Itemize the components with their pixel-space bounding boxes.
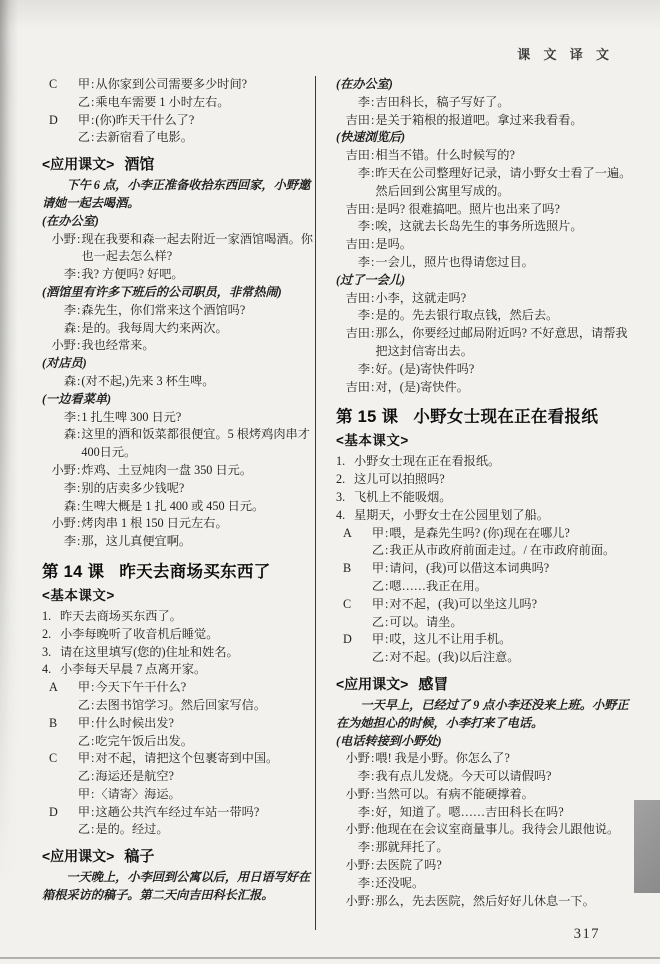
dialog-prefix: 乙: [42, 94, 90, 112]
dialog-line: 李:好，知道了。嗯……吉田科长在吗?: [336, 804, 632, 822]
dialog-line: 李:唉，这就去长岛先生的事务所选照片。: [336, 218, 632, 236]
dialog-line: 小野:那么，先去医院，然后好好儿休息一下。: [336, 893, 632, 911]
scan-edge-bottom: [0, 957, 660, 959]
dialog-prefix: 李: [336, 804, 370, 822]
stage-direction: (一边看菜单): [42, 391, 318, 409]
speaker-name: 甲: [78, 716, 90, 730]
speaker-name: 李: [358, 95, 370, 109]
applied-text-title: 稿子: [124, 848, 154, 865]
sentence-number: 1.: [336, 453, 354, 471]
dialog-line: 森:是的。我每周大约来两次。: [42, 320, 318, 338]
dialog-text: 那就拜托了。: [375, 839, 632, 857]
dialog-prefix: B甲: [336, 560, 384, 578]
numbered-sentence: 1.小野女士现在正在看报纸。: [336, 453, 632, 471]
dialog-prefix: 森: [42, 426, 76, 462]
dialog-text: 哎，这儿不让用手机。: [389, 631, 632, 649]
dialog-prefix: 李: [42, 302, 76, 320]
sentence-number: 4.: [336, 507, 354, 525]
basic-text-heading: <基本课文>: [336, 431, 632, 451]
basic-text-heading: <基本课文>: [42, 586, 318, 606]
dialog-line: 李:那就拜托了。: [336, 839, 632, 857]
dialog-text: 我? 方便吗? 好吧。: [81, 266, 318, 284]
speaker-name: 甲: [372, 597, 384, 611]
numbered-sentence: 2.小李每晚听了收音机后睡觉。: [42, 626, 318, 644]
dialog-text: 什么时候出发?: [95, 715, 318, 733]
speaker-name: 甲: [372, 561, 384, 575]
dialog-text: 生啤大概是 1 扎 400 或 450 日元。: [81, 498, 318, 516]
dialog-letter: D: [343, 631, 352, 649]
speaker-name: 森: [64, 374, 76, 388]
dialog-prefix: C甲: [42, 750, 90, 768]
dialog-line: 小野:他现在在会议室商量事儿。我待会儿跟他说。: [336, 821, 632, 839]
speaker-name: 小野: [346, 751, 370, 765]
dialog-line: 李:森先生，你们常来这个酒馆吗?: [42, 302, 318, 320]
dialog-line: 乙:对不起。(我)以后注意。: [336, 649, 632, 667]
dialog-line: 乙:去新宿看了电影。: [42, 129, 318, 147]
dialog-line: D甲:(你)昨天干什么了?: [42, 112, 318, 130]
speaker-name: 森: [64, 499, 76, 513]
dialog-prefix: D甲: [42, 112, 90, 130]
dialog-line: B甲:请问，(我)可以借这本词典吗?: [336, 560, 632, 578]
dialog-line: 森:(对不起,)先来 3 杯生啤。: [42, 373, 318, 391]
dialog-line: 森:生啤大概是 1 扎 400 或 450 日元。: [42, 498, 318, 516]
numbered-sentence: 3.飞机上不能吸烟。: [336, 489, 632, 507]
dialog-text: 吉田科长，稿子写好了。: [375, 94, 632, 112]
speaker-name: 李: [358, 769, 370, 783]
speaker-name: 小野: [52, 232, 76, 246]
speaker-name: 吉田: [346, 380, 370, 394]
dialog-prefix: 李: [336, 218, 370, 236]
dialog-prefix: A甲: [336, 525, 384, 543]
dialog-line: 李:1 扎生啤 300 日元?: [42, 409, 318, 427]
lesson-number: 第 15 课: [336, 408, 398, 426]
dialog-prefix: 乙: [336, 578, 384, 596]
dialog-line: 乙:乘电车需要 1 小时左右。: [42, 94, 318, 112]
dialog-prefix: 吉田: [336, 112, 370, 130]
dialog-line: D甲:这趟公共汽车经过车站一带吗?: [42, 804, 318, 822]
dialog-line: 李:别的店卖多少钱呢?: [42, 480, 318, 498]
dialog-prefix: 李: [336, 307, 370, 325]
dialog-line: 李:是的。先去银行取点钱，然后去。: [336, 307, 632, 325]
dialog-prefix: 乙: [42, 697, 90, 715]
sentence-text: 这儿可以拍照吗?: [354, 471, 632, 489]
dialog-line: B甲:什么时候出发?: [42, 715, 318, 733]
dialog-line: 小野:烤肉串 1 根 150 日元左右。: [42, 515, 318, 533]
applied-text-tag: <应用课文>: [42, 156, 114, 172]
dialog-text: 好。(是)寄快件吗?: [375, 361, 632, 379]
dialog-prefix: B甲: [42, 715, 90, 733]
dialog-text: 森先生，你们常来这个酒馆吗?: [81, 302, 318, 320]
dialog-prefix: 李: [336, 768, 370, 786]
book-spine-shadow: [0, 0, 18, 964]
dialog-text: 可以。请坐。: [389, 614, 632, 632]
dialog-prefix: 李: [336, 165, 370, 201]
speaker-name: 乙: [78, 130, 90, 144]
dialog-prefix: 乙: [336, 649, 384, 667]
dialog-text: (你)昨天干什么了?: [95, 112, 318, 130]
dialog-letter: A: [49, 679, 58, 697]
stage-direction: (对店员): [42, 355, 318, 373]
speaker-name: 甲: [78, 113, 90, 127]
numbered-sentence: 2.这儿可以拍照吗?: [336, 471, 632, 489]
sentence-number: 3.: [336, 489, 354, 507]
dialog-line: 吉田:那么，你要经过邮局附近吗? 不好意思，请帮我把这封信寄出去。: [336, 325, 632, 361]
dialog-text: 1 扎生啤 300 日元?: [81, 409, 318, 427]
dialog-prefix: 李: [336, 361, 370, 379]
dialog-line: 吉田:对，(是)寄快件。: [336, 379, 632, 397]
page-header-title: 课 文 译 文: [517, 44, 614, 63]
sentence-text: 飞机上不能吸烟。: [354, 489, 632, 507]
dialog-text: 烤肉串 1 根 150 日元左右。: [81, 515, 318, 533]
dialog-prefix: A甲: [42, 679, 90, 697]
speaker-name: 甲: [78, 751, 90, 765]
sentence-number: 3.: [42, 644, 60, 662]
column-divider: [315, 76, 316, 930]
dialog-line: 小野:炸鸡、土豆炖肉一盘 350 日元。: [42, 462, 318, 480]
dialog-text: 这里的酒和饭菜都很便宜。5 根烤鸡肉串才 400日元。: [81, 426, 318, 462]
dialog-text: 去医院了吗?: [375, 857, 632, 875]
dialog-text: 对不起，请把这个包裹寄到中国。: [95, 750, 318, 768]
speaker-name: 吉田: [346, 326, 370, 340]
dialog-line: 乙:海运还是航空?: [42, 768, 318, 786]
dialog-text: 去图书馆学习。然后回家写信。: [95, 697, 318, 715]
numbered-sentence: 1.昨天去商场买东西了。: [42, 608, 318, 626]
dialog-line: 乙:嗯……我正在用。: [336, 578, 632, 596]
dialog-prefix: 吉田: [336, 325, 370, 361]
dialog-line: 吉田:是吗? 很难搞吧。照片也出来了吗?: [336, 201, 632, 219]
dialog-line: 李:我有点儿发烧。今天可以请假吗?: [336, 768, 632, 786]
sentence-text: 昨天去商场买东西了。: [60, 608, 318, 626]
dialog-line: 小野:去医院了吗?: [336, 857, 632, 875]
dialog-line: 李:还没呢。: [336, 875, 632, 893]
sentence-number: 2.: [42, 626, 60, 644]
numbered-sentence: 4.星期天，小野女士在公园里划了船。: [336, 507, 632, 525]
dialog-text: 〈请寄〉海运。: [95, 786, 318, 804]
dialog-line: 李:昨天在公司整理好记录，请小野女士看了一遍。然后回到公寓里写成的。: [336, 165, 632, 201]
speaker-name: 小野: [52, 463, 76, 477]
dialog-letter: D: [49, 804, 58, 822]
speaker-name: 李: [64, 534, 76, 548]
dialog-letter: B: [49, 715, 57, 733]
dialog-prefix: 小野: [42, 231, 76, 267]
applied-text-title: 酒馆: [124, 156, 154, 173]
dialog-text: 当然可以。有病不能硬撑着。: [375, 786, 632, 804]
speaker-name: 李: [358, 219, 370, 233]
dialog-text: 一会儿，照片也得请您过目。: [375, 254, 632, 272]
page-edge-tab: [634, 800, 660, 893]
dialog-text: 这趟公共汽车经过车站一带吗?: [95, 804, 318, 822]
dialog-line: 李:一会儿，照片也得请您过目。: [336, 254, 632, 272]
dialog-line: 吉田:是关于箱根的报道吧。拿过来我看看。: [336, 112, 632, 130]
dialog-text: 是的。我每周大约来两次。: [81, 320, 318, 338]
dialog-prefix: 吉田: [336, 201, 370, 219]
sentence-text: 小李每天早晨 7 点离开家。: [60, 661, 318, 679]
dialog-prefix: 乙: [42, 129, 90, 147]
dialog-letter: B: [343, 560, 351, 578]
applied-text-heading: <应用课文>感冒: [336, 674, 632, 695]
dialog-text: 是关于箱根的报道吧。拿过来我看看。: [375, 112, 632, 130]
dialog-text: 去新宿看了电影。: [95, 129, 318, 147]
dialog-line: 甲:〈请寄〉海运。: [42, 786, 318, 804]
speaker-name: 李: [64, 303, 76, 317]
dialog-text: 我正从市政府前面走过。/ 在市政府前面。: [389, 542, 632, 560]
dialog-prefix: 甲: [42, 786, 90, 804]
page-number: 317: [574, 926, 600, 943]
dialog-text: 是的。先去银行取点钱，然后去。: [375, 307, 632, 325]
dialog-prefix: 李: [336, 875, 370, 893]
dialog-text: 我也经常来。: [81, 337, 318, 355]
dialog-text: 他现在在会议室商量事儿。我待会儿跟他说。: [375, 821, 632, 839]
dialog-text: 今天下午干什么?: [95, 679, 318, 697]
speaker-name: 乙: [78, 95, 90, 109]
speaker-name: 李: [64, 410, 76, 424]
lesson-title: 小野女士现在正在看报纸: [413, 408, 598, 426]
dialog-prefix: 李: [42, 533, 76, 551]
dialog-text: 炸鸡、土豆炖肉一盘 350 日元。: [81, 462, 318, 480]
narration-paragraph: 下午 6 点，小李正准备收拾东西回家，小野邀请她一起去喝酒。: [42, 177, 318, 213]
dialog-prefix: 小野: [42, 337, 76, 355]
dialog-text: 是的。经过。: [95, 821, 318, 839]
dialog-line: 吉田:相当不错。什么时候写的?: [336, 147, 632, 165]
dialog-line: 李:我? 方便吗? 好吧。: [42, 266, 318, 284]
speaker-name: 李: [358, 876, 370, 890]
dialog-prefix: 小野: [336, 821, 370, 839]
dialog-prefix: 小野: [336, 857, 370, 875]
dialog-text: 乘电车需要 1 小时左右。: [95, 94, 318, 112]
speaker-name: 李: [358, 255, 370, 269]
dialog-text: 喂! 我是小野。你怎么了?: [375, 750, 632, 768]
speaker-name: 乙: [78, 698, 90, 712]
dialog-text: 是吗? 很难搞吧。照片也出来了吗?: [375, 201, 632, 219]
dialog-text: 小李，这就走吗?: [375, 290, 632, 308]
dialog-line: A甲:今天下午干什么?: [42, 679, 318, 697]
dialog-prefix: 森: [42, 498, 76, 516]
applied-text-tag: <应用课文>: [336, 676, 408, 692]
dialog-text: 嗯……我正在用。: [389, 578, 632, 596]
speaker-name: 吉田: [346, 291, 370, 305]
dialog-text: 昨天在公司整理好记录，请小野女士看了一遍。然后回到公寓里写成的。: [375, 165, 632, 201]
dialog-prefix: 李: [42, 480, 76, 498]
dialog-text: 唉，这就去长岛先生的事务所选照片。: [375, 218, 632, 236]
dialog-text: 吃完午饭后出发。: [95, 733, 318, 751]
dialog-prefix: 乙: [42, 733, 90, 751]
dialog-letter: C: [49, 76, 57, 94]
speaker-name: 小野: [52, 338, 76, 352]
speaker-name: 李: [358, 362, 370, 376]
stage-direction: (电话转接到小野处): [336, 733, 632, 751]
dialog-prefix: 森: [42, 373, 76, 391]
speaker-name: 吉田: [346, 148, 370, 162]
dialog-line: C甲:对不起，请把这个包裹寄到中国。: [42, 750, 318, 768]
dialog-prefix: 李: [42, 266, 76, 284]
dialog-line: 小野:喂! 我是小野。你怎么了?: [336, 750, 632, 768]
speaker-name: 李: [358, 166, 370, 180]
narration-paragraph: 一天早上，已经过了 9 点小李还没来上班。小野正在为她担心的时候，小李打来了电话…: [336, 697, 632, 733]
dialog-line: C甲:对不起，(我)可以坐这儿吗?: [336, 596, 632, 614]
dialog-text: (对不起,)先来 3 杯生啤。: [81, 373, 318, 391]
dialog-line: 乙:吃完午饭后出发。: [42, 733, 318, 751]
dialog-text: 好，知道了。嗯……吉田科长在吗?: [375, 804, 632, 822]
dialog-text: 我有点儿发烧。今天可以请假吗?: [375, 768, 632, 786]
stage-direction: (酒馆里有许多下班后的公司职员，非常热闹): [42, 284, 318, 302]
dialog-prefix: 李: [42, 409, 76, 427]
dialog-prefix: 吉田: [336, 379, 370, 397]
speaker-name: 乙: [78, 769, 90, 783]
scan-edge-top: [0, 0, 660, 30]
speaker-name: 小野: [346, 858, 370, 872]
speaker-name: 甲: [78, 805, 90, 819]
dialog-text: 从你家到公司需要多少时间?: [95, 76, 318, 94]
dialog-letter: D: [49, 112, 58, 130]
speaker-name: 小野: [346, 822, 370, 836]
dialog-text: 那，这儿真便宜啊。: [81, 533, 318, 551]
dialog-letter: C: [343, 596, 351, 614]
sentence-text: 小李每晚听了收音机后睡觉。: [60, 626, 318, 644]
dialog-prefix: D甲: [336, 631, 384, 649]
dialog-prefix: C甲: [42, 76, 90, 94]
dialog-line: 小野:当然可以。有病不能硬撑着。: [336, 786, 632, 804]
speaker-name: 李: [358, 840, 370, 854]
dialog-text: 对不起。(我)以后注意。: [389, 649, 632, 667]
dialog-prefix: 乙: [42, 768, 90, 786]
lesson-title: 昨天去商场买东西了: [119, 563, 270, 581]
speaker-name: 小野: [52, 516, 76, 530]
speaker-name: 吉田: [346, 202, 370, 216]
dialog-line: 李:吉田科长，稿子写好了。: [336, 94, 632, 112]
dialog-prefix: 小野: [336, 750, 370, 768]
speaker-name: 甲: [372, 632, 384, 646]
speaker-name: 乙: [372, 543, 384, 557]
dialog-line: 乙:可以。请坐。: [336, 614, 632, 632]
sentence-number: 4.: [42, 661, 60, 679]
dialog-prefix: D甲: [42, 804, 90, 822]
dialog-text: 现在我要和森一起去附近一家酒馆喝酒。你也一起去怎么样?: [81, 231, 318, 267]
dialog-line: D甲:哎，这儿不让用手机。: [336, 631, 632, 649]
dialog-text: 对不起，(我)可以坐这儿吗?: [389, 596, 632, 614]
speaker-name: 甲: [78, 77, 90, 91]
stage-direction: (在办公室): [336, 76, 632, 94]
dialog-text: 是吗。: [375, 236, 632, 254]
dialog-prefix: 李: [336, 94, 370, 112]
stage-direction: (在办公室): [42, 213, 318, 231]
dialog-prefix: 小野: [336, 786, 370, 804]
sentence-number: 1.: [42, 608, 60, 626]
dialog-line: 李:好。(是)寄快件吗?: [336, 361, 632, 379]
applied-text-tag: <应用课文>: [42, 848, 114, 864]
speaker-name: 乙: [78, 822, 90, 836]
numbered-sentence: 3.请在这里填写(您的)住址和姓名。: [42, 644, 318, 662]
sentence-text: 小野女士现在正在看报纸。: [354, 453, 632, 471]
dialog-line: C甲:从你家到公司需要多少时间?: [42, 76, 318, 94]
dialog-line: 乙:去图书馆学习。然后回家写信。: [42, 697, 318, 715]
dialog-line: 乙:是的。经过。: [42, 821, 318, 839]
dialog-text: 别的店卖多少钱呢?: [81, 480, 318, 498]
dialog-prefix: 吉田: [336, 236, 370, 254]
speaker-name: 森: [64, 427, 76, 441]
dialog-line: 李:那，这儿真便宜啊。: [42, 533, 318, 551]
speaker-name: 乙: [372, 579, 384, 593]
speaker-name: 乙: [372, 650, 384, 664]
speaker-name: 李: [64, 481, 76, 495]
dialog-text: 还没呢。: [375, 875, 632, 893]
dialog-line: 小野:现在我要和森一起去附近一家酒馆喝酒。你也一起去怎么样?: [42, 231, 318, 267]
speaker-name: 小野: [346, 894, 370, 908]
dialog-prefix: 小野: [336, 893, 370, 911]
speaker-name: 吉田: [346, 113, 370, 127]
stage-direction: (过了一会儿): [336, 272, 632, 290]
dialog-line: 吉田:是吗。: [336, 236, 632, 254]
sentence-text: 请在这里填写(您的)住址和姓名。: [60, 644, 318, 662]
dialog-text: 喂，是森先生吗? (你)现在在哪儿?: [389, 525, 632, 543]
dialog-prefix: 小野: [42, 515, 76, 533]
dialog-line: 吉田:小李，这就走吗?: [336, 290, 632, 308]
speaker-name: 小野: [346, 787, 370, 801]
dialog-letter: C: [49, 750, 57, 768]
dialog-text: 那么，先去医院，然后好好儿休息一下。: [375, 893, 632, 911]
numbered-sentence: 4.小李每天早晨 7 点离开家。: [42, 661, 318, 679]
applied-text-heading: <应用课文>酒馆: [42, 154, 318, 175]
dialog-prefix: 李: [336, 839, 370, 857]
lesson-heading: 第 14 课昨天去商场买东西了: [42, 560, 318, 584]
speaker-name: 乙: [372, 615, 384, 629]
dialog-text: 对，(是)寄快件。: [375, 379, 632, 397]
speaker-name: 李: [64, 267, 76, 281]
dialog-prefix: C甲: [336, 596, 384, 614]
dialog-prefix: 乙: [336, 542, 384, 560]
dialog-prefix: 乙: [42, 821, 90, 839]
speaker-name: 甲: [78, 787, 90, 801]
dialog-line: 乙:我正从市政府前面走过。/ 在市政府前面。: [336, 542, 632, 560]
lesson-number: 第 14 课: [42, 563, 104, 581]
speaker-name: 吉田: [346, 237, 370, 251]
dialog-line: 森:这里的酒和饭菜都很便宜。5 根烤鸡肉串才 400日元。: [42, 426, 318, 462]
applied-text-heading: <应用课文>稿子: [42, 846, 318, 867]
narration-paragraph: 一天晚上，小李回到公寓以后，用日语写好在箱根采访的稿子。第二天向吉田科长汇报。: [42, 869, 318, 905]
left-column: C甲:从你家到公司需要多少时间?乙:乘电车需要 1 小时左右。D甲:(你)昨天干…: [42, 76, 318, 905]
speaker-name: 甲: [78, 680, 90, 694]
dialog-text: 海运还是航空?: [95, 768, 318, 786]
applied-text-title: 感冒: [418, 676, 448, 693]
sentence-number: 2.: [336, 471, 354, 489]
stage-direction: (快速浏览后): [336, 129, 632, 147]
speaker-name: 李: [358, 805, 370, 819]
speaker-name: 乙: [78, 734, 90, 748]
dialog-letter: A: [343, 525, 352, 543]
dialog-prefix: 乙: [336, 614, 384, 632]
dialog-line: 小野:我也经常来。: [42, 337, 318, 355]
dialog-text: 相当不错。什么时候写的?: [375, 147, 632, 165]
dialog-text: 请问，(我)可以借这本词典吗?: [389, 560, 632, 578]
lesson-heading: 第 15 课小野女士现在正在看报纸: [336, 405, 632, 429]
speaker-name: 甲: [372, 526, 384, 540]
speaker-name: 森: [64, 321, 76, 335]
dialog-prefix: 李: [336, 254, 370, 272]
speaker-name: 李: [358, 308, 370, 322]
dialog-line: A甲:喂，是森先生吗? (你)现在在哪儿?: [336, 525, 632, 543]
dialog-prefix: 森: [42, 320, 76, 338]
dialog-text: 那么，你要经过邮局附近吗? 不好意思，请帮我把这封信寄出去。: [375, 325, 632, 361]
dialog-prefix: 小野: [42, 462, 76, 480]
dialog-prefix: 吉田: [336, 147, 370, 165]
dialog-prefix: 吉田: [336, 290, 370, 308]
scanned-textbook-page: 课 文 译 文 C甲:从你家到公司需要多少时间?乙:乘电车需要 1 小时左右。D…: [0, 0, 660, 964]
right-column: (在办公室)李:吉田科长，稿子写好了。吉田:是关于箱根的报道吧。拿过来我看看。(…: [336, 76, 632, 910]
sentence-text: 星期天，小野女士在公园里划了船。: [354, 507, 632, 525]
